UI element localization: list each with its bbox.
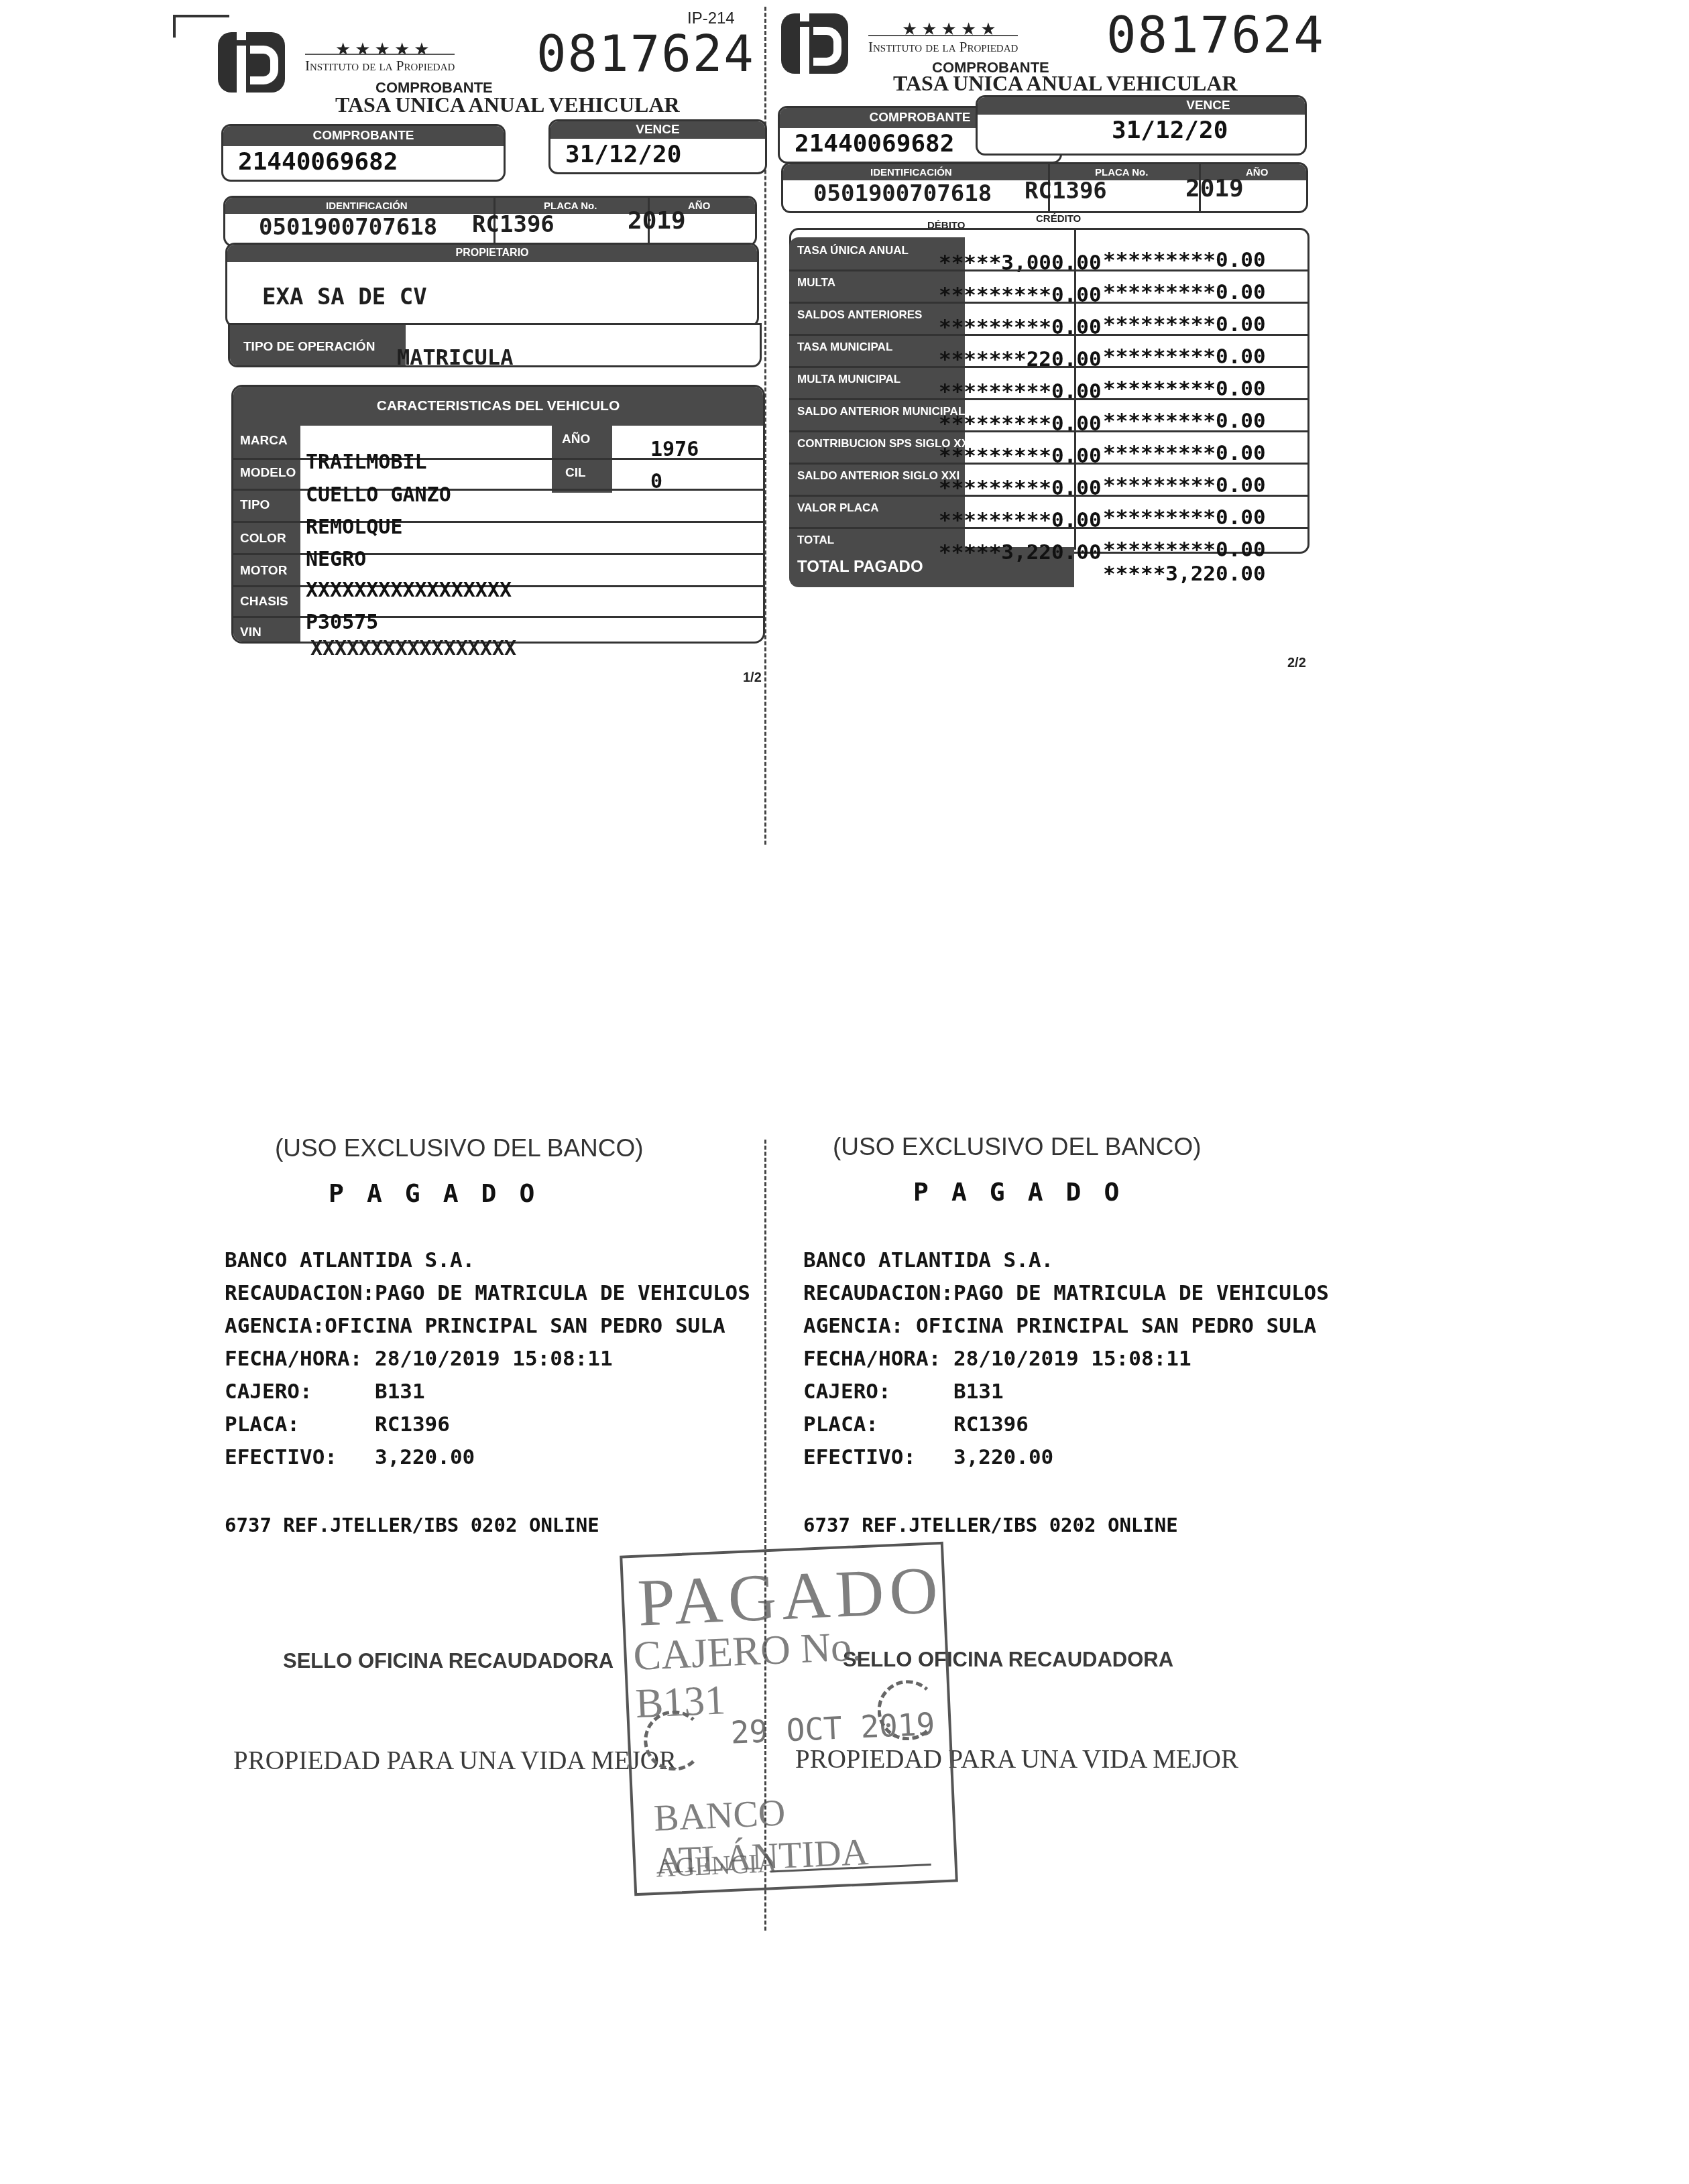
tipo-value: REMOLQUE xyxy=(306,515,403,539)
bank-line: CAJERO: B131 xyxy=(803,1376,1004,1408)
bank-line: AGENCIA: OFICINA PRINCIPAL SAN PEDRO SUL… xyxy=(803,1310,1316,1343)
charge-label: SALDOS ANTERIORES xyxy=(797,308,922,322)
page-indicator: 1/2 xyxy=(743,670,762,686)
anio-value: 2019 xyxy=(1185,175,1244,202)
charge-label: MULTA MUNICIPAL xyxy=(797,373,900,386)
charge-label: SALDO ANTERIOR SIGLO XXI xyxy=(797,469,959,483)
bank-line: RECAUDACION:PAGO DE MATRICULA DE VEHICUL… xyxy=(803,1277,1329,1310)
total-paid-label: TOTAL PAGADO xyxy=(797,558,923,577)
bank-line: FECHA/HORA: 28/10/2019 15:08:11 xyxy=(225,1343,613,1376)
page-indicator: 2/2 xyxy=(1287,656,1306,671)
placa-label: PLACA No. xyxy=(1095,167,1148,178)
paid-stamp: PAGADO CAJERO No. B131 29 OCT 2019 BANCO… xyxy=(620,1542,958,1896)
bank-line: BANCO ATLANTIDA S.A. xyxy=(803,1244,1053,1277)
cil-value: 0 xyxy=(650,470,662,493)
vehicle-title: CARACTERISTICAS DEL VEHICULO xyxy=(233,387,763,426)
marca-value: TRAILMOBIL xyxy=(306,450,427,474)
bank-line: BANCO ATLANTIDA S.A. xyxy=(225,1244,475,1277)
vehicle-characteristics: CARACTERISTICAS DEL VEHICULO MARCA MODEL… xyxy=(231,385,765,644)
propietario-value: EXA SA DE CV xyxy=(262,284,427,310)
charge-label: TASA ÚNICA ANUAL xyxy=(797,244,909,257)
comprobante-box: COMPROBANTE 21440069682 xyxy=(221,124,506,182)
charge-credit: *********0.00 xyxy=(1103,538,1266,562)
vence-label: VENCE xyxy=(978,97,1305,115)
charge-label: TASA MUNICIPAL xyxy=(797,341,892,354)
tipo-operacion-label: TIPO DE OPERACIÓN xyxy=(243,340,375,355)
tipo-operacion-value: MATRICULA xyxy=(397,345,513,370)
bank-line: EFECTIVO: 3,220.00 xyxy=(803,1441,1053,1474)
total-paid-value: *****3,220.00 xyxy=(1103,562,1266,586)
propietario-box: PROPIETARIO EXA SA DE CV xyxy=(225,243,759,327)
charge-credit: *********0.00 xyxy=(1103,505,1266,530)
vence-label: VENCE xyxy=(550,121,765,139)
placa-label: PLACA No. xyxy=(544,200,597,212)
charge-label: MULTA xyxy=(797,276,835,290)
field-label: CHASIS xyxy=(240,595,288,609)
modelo-value: CUELLO GANZO xyxy=(306,483,451,507)
stamp-agency: AGENCIA xyxy=(655,1847,777,1884)
anio-label: AÑO xyxy=(1246,167,1268,178)
field-label: TIPO xyxy=(240,498,270,513)
doc-title: TASA UNICA ANUAL VEHICULAR xyxy=(893,71,1238,96)
bank-line: PLACA: RC1396 xyxy=(803,1408,1029,1441)
charge-credit: *********0.00 xyxy=(1103,280,1266,304)
vin-value: XXXXXXXXXXXXXXXXX xyxy=(310,637,516,660)
bank-header: (USO EXCLUSIVO DEL BANCO) xyxy=(275,1134,644,1162)
propietario-label: PROPIETARIO xyxy=(227,245,757,262)
cil-label: CIL xyxy=(565,466,586,481)
charge-credit: *********0.00 xyxy=(1103,377,1266,401)
field-label: MOTOR xyxy=(240,564,287,579)
placa-value: RC1396 xyxy=(1025,178,1107,204)
ip-logo-icon xyxy=(218,32,285,93)
identificacion-value: 0501900707618 xyxy=(259,214,437,241)
charge-credit: *********0.00 xyxy=(1103,441,1266,465)
charge-credit: *********0.00 xyxy=(1103,473,1266,497)
crop-mark xyxy=(173,15,229,38)
bank-line: PLACA: RC1396 xyxy=(225,1408,450,1441)
charge-label: TOTAL xyxy=(797,534,834,547)
credito-header: CRÉDITO xyxy=(1036,213,1081,225)
bank-line: EFECTIVO: 3,220.00 xyxy=(225,1441,475,1474)
color-value: NEGRO xyxy=(306,548,366,571)
identificacion-label: IDENTIFICACIÓN xyxy=(326,200,408,212)
anio-value: 2019 xyxy=(628,207,686,235)
identificacion-label: IDENTIFICACIÓN xyxy=(870,167,952,178)
field-label: MODELO xyxy=(240,466,296,481)
institution-name: Instituto de la Propiedad xyxy=(305,54,455,74)
bank-reference: 6737 REF.JTELLER/IBS 0202 ONLINE xyxy=(225,1514,599,1536)
chasis-value: P30575 xyxy=(306,611,378,634)
seal-label: SELLO OFICINA RECAUDADORA xyxy=(283,1649,614,1673)
vehicle-anio-value: 1976 xyxy=(650,438,699,461)
charges-table: TASA ÚNICA ANUAL*****3,000.00*********0.… xyxy=(781,228,1307,577)
serial-number: 0817624 xyxy=(1106,7,1325,64)
doc-title: TASA UNICA ANUAL VEHICULAR xyxy=(335,93,680,117)
charge-credit: *********0.00 xyxy=(1103,312,1266,337)
bank-line: CAJERO: B131 xyxy=(225,1376,425,1408)
charge-credit: *********0.00 xyxy=(1103,248,1266,272)
charge-label: VALOR PLACA xyxy=(797,501,879,515)
serial-number: 0817624 xyxy=(536,25,755,83)
comprobante-value: 21440069682 xyxy=(223,146,504,178)
ip-logo-icon xyxy=(781,13,848,74)
institution-name: Instituto de la Propiedad xyxy=(868,35,1018,56)
vence-value: 31/12/20 xyxy=(978,115,1305,147)
bank-header: (USO EXCLUSIVO DEL BANCO) xyxy=(833,1133,1202,1161)
field-label: COLOR xyxy=(240,532,286,546)
charge-debit: *****3,220.00 xyxy=(939,540,1102,564)
anio-label: AÑO xyxy=(688,200,710,212)
bank-line: AGENCIA:OFICINA PRINCIPAL SAN PEDRO SULA xyxy=(225,1310,725,1343)
paid-status: PAGADO xyxy=(329,1178,557,1208)
anio-label: AÑO xyxy=(562,432,590,447)
motto: PROPIEDAD PARA UNA VIDA MEJOR xyxy=(233,1746,677,1776)
charge-credit: *********0.00 xyxy=(1103,409,1266,433)
field-label: MARCA xyxy=(240,434,288,448)
bank-line: FECHA/HORA: 28/10/2019 15:08:11 xyxy=(803,1343,1191,1376)
vence-box: VENCE 31/12/20 xyxy=(976,95,1307,156)
paid-status: PAGADO xyxy=(913,1177,1142,1207)
vence-box: VENCE 31/12/20 xyxy=(548,119,767,174)
bank-reference: 6737 REF.JTELLER/IBS 0202 ONLINE xyxy=(803,1514,1178,1536)
identificacion-value: 0501900707618 xyxy=(813,180,992,207)
charge-credit: *********0.00 xyxy=(1103,345,1266,369)
identificacion-box: IDENTIFICACIÓN PLACA No. AÑO 05019007076… xyxy=(223,196,757,247)
identificacion-box: IDENTIFICACIÓN PLACA No. AÑO 05019007076… xyxy=(781,162,1308,213)
placa-value: RC1396 xyxy=(472,211,555,238)
comprobante-label: COMPROBANTE xyxy=(223,126,504,146)
vence-value: 31/12/20 xyxy=(550,139,765,171)
motor-value: XXXXXXXXXXXXXXXXX xyxy=(306,579,512,602)
bank-line: RECAUDACION:PAGO DE MATRICULA DE VEHICUL… xyxy=(225,1277,750,1310)
field-label: VIN xyxy=(240,625,261,640)
